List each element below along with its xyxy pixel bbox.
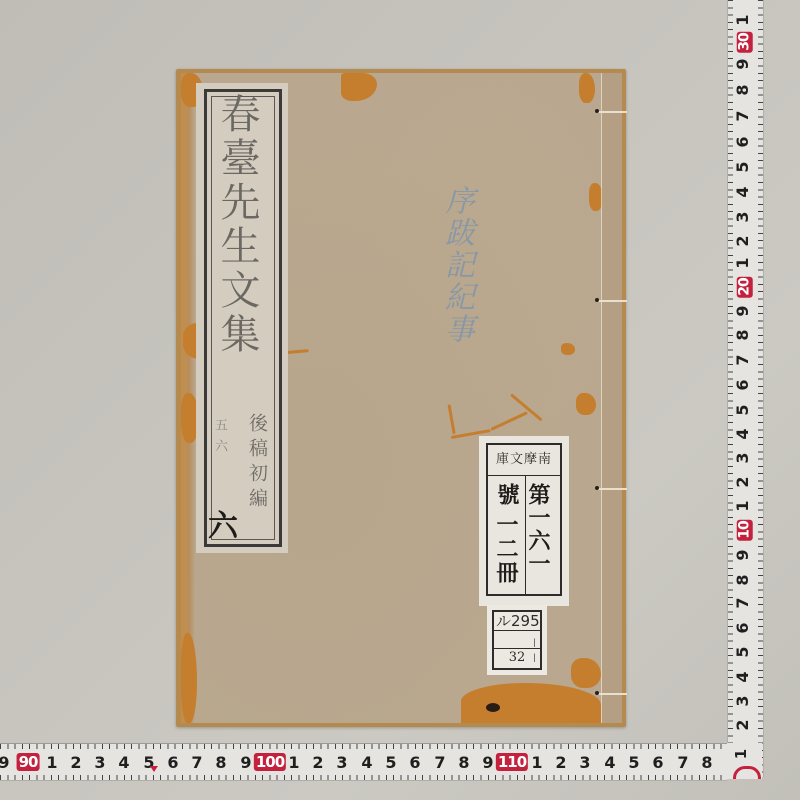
library-name: 南摩文庫 bbox=[488, 445, 560, 476]
cover-tear bbox=[576, 393, 596, 415]
ruler-label: 4 bbox=[733, 428, 752, 439]
binding-stitch bbox=[597, 300, 627, 302]
library-label: 南摩文庫 第一六一號 一二冊 bbox=[479, 436, 569, 606]
book-subtitle: 後稿初編 bbox=[244, 413, 271, 513]
ruler-label: 4 bbox=[733, 186, 752, 197]
volume-number: 六 bbox=[208, 501, 238, 545]
cover-crack bbox=[448, 404, 456, 434]
vertical-ruler: 1309876543212098765432110987654321 bbox=[727, 0, 764, 777]
call-number-label: ル295 | 32| bbox=[489, 607, 545, 673]
ruler-label: 9 bbox=[482, 753, 493, 772]
call-number-frame: ル295 | 32| bbox=[492, 610, 542, 670]
cover-crack bbox=[490, 411, 528, 431]
ruler-label: 7 bbox=[677, 753, 688, 772]
ruler-label: 6 bbox=[167, 753, 178, 772]
ruler-label: 5 bbox=[733, 161, 752, 172]
ruler-label: 7 bbox=[434, 753, 445, 772]
ruler-label: 90 bbox=[17, 753, 40, 771]
binding-stitch bbox=[597, 693, 627, 695]
ruler-label: 20 bbox=[737, 276, 753, 297]
ruler-label: 2 bbox=[555, 753, 566, 772]
ruler-label: 3 bbox=[94, 753, 105, 772]
cover-tear bbox=[579, 73, 595, 103]
cover-tear bbox=[561, 343, 575, 355]
ruler-zero-hook bbox=[733, 766, 761, 779]
ruler-label: 6 bbox=[733, 379, 752, 390]
ruler-label: 9 bbox=[0, 753, 10, 772]
horizontal-ruler: 99012345678910012345678911012345678 bbox=[0, 743, 727, 781]
pencil-column: 紀事 bbox=[439, 281, 473, 345]
ruler-corner-label: 1 bbox=[732, 749, 750, 759]
book-title: 春臺先生文集 bbox=[214, 93, 260, 357]
ruler-corner: 1 bbox=[727, 743, 762, 779]
spine-fold bbox=[602, 73, 622, 723]
ruler-label: 1 bbox=[531, 753, 542, 772]
tick-mark: | bbox=[533, 638, 536, 647]
ruler-label: 5 bbox=[733, 646, 752, 657]
binding-stitch bbox=[597, 111, 627, 113]
ruler-label: 110 bbox=[496, 753, 528, 771]
ink-blot bbox=[486, 703, 500, 712]
ruler-label: 7 bbox=[733, 597, 752, 608]
ruler-label: 3 bbox=[336, 753, 347, 772]
ruler-label: 8 bbox=[733, 329, 752, 340]
ruler-label: 9 bbox=[733, 58, 752, 69]
ruler-label: 30 bbox=[737, 31, 753, 52]
book-cover: 春臺先生文集 後稿初編 五六 六 序跋記 紀事 南摩文庫 第一六一號 一二冊 ル… bbox=[181, 73, 622, 723]
binding-stitch bbox=[597, 488, 627, 490]
ruler-label: 9 bbox=[733, 305, 752, 316]
ruler-label: 5 bbox=[385, 753, 396, 772]
ruler-label: 4 bbox=[733, 671, 752, 682]
ruler-pointer-icon bbox=[150, 766, 158, 772]
call-number-blank-row: | bbox=[494, 631, 540, 649]
ruler-label: 1 bbox=[733, 257, 752, 268]
ruler-label: 3 bbox=[733, 211, 752, 222]
ruler-label: 8 bbox=[215, 753, 226, 772]
ruler-label: 1 bbox=[733, 500, 752, 511]
binding-crease bbox=[601, 73, 602, 723]
ruler-label: 7 bbox=[733, 110, 752, 121]
pencil-column: 序跋記 bbox=[439, 185, 473, 281]
call-number-primary: ル295 bbox=[494, 612, 540, 631]
ruler-label: 6 bbox=[733, 136, 752, 147]
pencil-annotation: 序跋記 紀事 bbox=[439, 185, 473, 345]
ruler-label: 8 bbox=[733, 574, 752, 585]
ruler-label: 6 bbox=[733, 622, 752, 633]
ruler-label: 3 bbox=[733, 452, 752, 463]
ruler-label: 5 bbox=[733, 404, 752, 415]
ruler-label: 8 bbox=[701, 753, 712, 772]
ruler-label: 9 bbox=[240, 753, 251, 772]
ruler-label: 2 bbox=[70, 753, 81, 772]
ruler-label: 1 bbox=[46, 753, 57, 772]
ruler-label: 2 bbox=[733, 719, 752, 730]
cover-tear bbox=[341, 73, 377, 101]
library-label-frame: 南摩文庫 第一六一號 一二冊 bbox=[486, 443, 562, 596]
call-number-secondary-text: 32 bbox=[509, 650, 526, 665]
stitch-hole bbox=[595, 298, 599, 302]
ruler-label: 4 bbox=[361, 753, 372, 772]
ruler-label: 8 bbox=[458, 753, 469, 772]
ruler-label: 2 bbox=[733, 476, 752, 487]
ruler-label: 7 bbox=[191, 753, 202, 772]
ruler-label: 7 bbox=[733, 354, 752, 365]
stitch-hole bbox=[595, 109, 599, 113]
tick-mark: | bbox=[533, 649, 536, 666]
ruler-label: 5 bbox=[628, 753, 639, 772]
ruler-label: 4 bbox=[604, 753, 615, 772]
title-slip: 春臺先生文集 後稿初編 五六 六 bbox=[196, 83, 288, 553]
ruler-label: 3 bbox=[579, 753, 590, 772]
ruler-label: 1 bbox=[733, 14, 752, 25]
ruler-label: 2 bbox=[733, 235, 752, 246]
stitch-hole bbox=[595, 691, 599, 695]
volume-range: 五六 bbox=[210, 418, 229, 460]
ruler-label: 2 bbox=[312, 753, 323, 772]
ruler-label: 1 bbox=[288, 753, 299, 772]
stitch-hole bbox=[595, 486, 599, 490]
ruler-label: 8 bbox=[733, 84, 752, 95]
cover-tear bbox=[461, 683, 601, 723]
ruler-label: 3 bbox=[733, 695, 752, 706]
call-number-secondary: 32| bbox=[494, 649, 540, 666]
ruler-label: 9 bbox=[733, 549, 752, 560]
volume-count: 一二冊 bbox=[494, 513, 522, 585]
ruler-label: 4 bbox=[118, 753, 129, 772]
ruler-label: 6 bbox=[409, 753, 420, 772]
collection-number: 第一六一號 bbox=[526, 483, 554, 594]
ruler-label: 6 bbox=[652, 753, 663, 772]
cover-tear bbox=[571, 658, 601, 688]
ruler-label: 10 bbox=[737, 519, 753, 540]
book: 春臺先生文集 後稿初編 五六 六 序跋記 紀事 南摩文庫 第一六一號 一二冊 ル… bbox=[176, 69, 626, 727]
ruler-label: 100 bbox=[254, 753, 286, 771]
